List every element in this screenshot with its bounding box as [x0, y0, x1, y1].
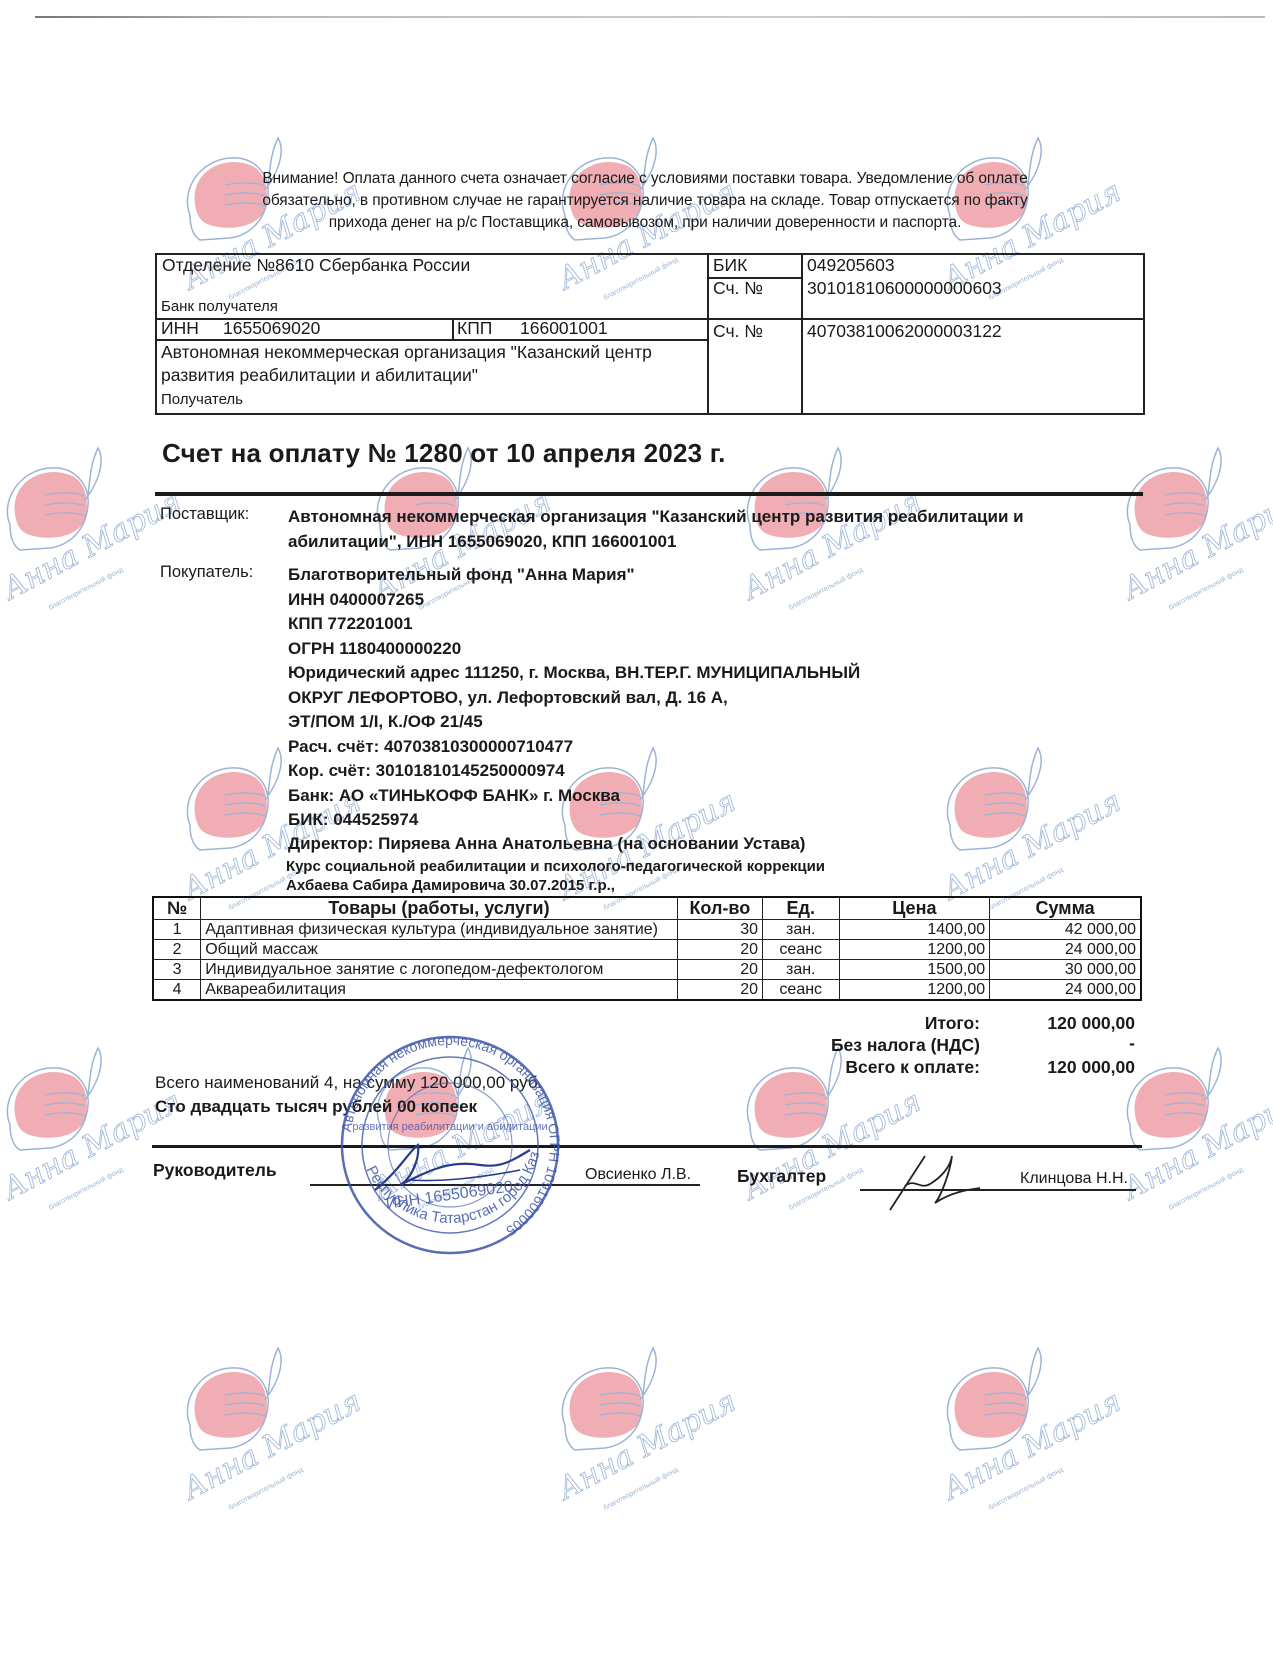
- total-label: Итого:: [720, 1013, 980, 1034]
- table-cell: 20: [677, 980, 762, 1001]
- anna-maria-logo-icon: Анна Марияблаготворительный фонд: [0, 1040, 180, 1230]
- accountant-label: Бухгалтер: [737, 1166, 826, 1187]
- recipient-name: Автономная некоммерческая организация "К…: [161, 341, 652, 387]
- table-cell: 24 000,00: [990, 980, 1141, 1001]
- table-cell: 1200,00: [839, 940, 990, 960]
- due-value: 120 000,00: [965, 1057, 1135, 1078]
- svg-text:благотворительный фонд: благотворительный фонд: [47, 1166, 124, 1212]
- svg-text:Анна Мария: Анна Мария: [176, 1384, 360, 1508]
- payment-notice: Внимание! Оплата данного счета означает …: [200, 168, 1090, 234]
- buyer-detail-line: Благотворительный фонд "Анна Мария": [288, 563, 860, 588]
- supplier-details: Автономная некоммерческая организация "К…: [288, 505, 1024, 554]
- buyer-detail-line: Расч. счёт: 40703810300000710477: [288, 735, 860, 760]
- table-cell: 1400,00: [839, 920, 990, 940]
- svg-text:благотворительный фонд: благотворительный фонд: [47, 566, 124, 612]
- table-cell: сеанс: [762, 940, 839, 960]
- column-header: Товары (работы, услуги): [201, 897, 678, 920]
- table-cell: зан.: [762, 920, 839, 940]
- table-row: 3Индивидуальное занятие с логопедом-дефе…: [153, 960, 1141, 980]
- bank-details-table: Отделение №8610 Сбербанка России Банк по…: [155, 253, 1145, 415]
- head-name: Овсиенко Л.В.: [585, 1166, 691, 1184]
- buyer-detail-line: ОКРУГ ЛЕФОРТОВО, ул. Лефортовский вал, Д…: [288, 686, 860, 711]
- buyer-detail-line: БИК: 044525974: [288, 808, 860, 833]
- table-cell: Адаптивная физическая культура (индивиду…: [201, 920, 678, 940]
- table-cell: 1200,00: [839, 980, 990, 1001]
- svg-text:благотворительный фонд: благотворительный фонд: [1167, 566, 1244, 612]
- table-cell: 30: [677, 920, 762, 940]
- svg-text:Автономная некоммерческая орга: Автономная некоммерческая организация ОГ…: [338, 1032, 563, 1239]
- scan-top-edge: [35, 16, 1265, 18]
- table-cell: 42 000,00: [990, 920, 1141, 940]
- notice-line: обязательно, в противном случае не гаран…: [200, 190, 1090, 212]
- table-cell: 4: [153, 980, 201, 1001]
- recipient-label: Получатель: [161, 391, 243, 408]
- table-cell: сеанс: [762, 980, 839, 1001]
- amount-in-words: Сто двадцать тысяч рублей 00 копеек: [155, 1097, 477, 1117]
- buyer-detail-line: ИНН 0400007265: [288, 588, 860, 613]
- column-header: Кол-во: [677, 897, 762, 920]
- notice-line: Внимание! Оплата данного счета означает …: [200, 168, 1090, 190]
- svg-text:Анна Мария: Анна Мария: [936, 1384, 1120, 1508]
- buyer-detail-line: Банк: АО «ТИНЬКОФФ БАНК» г. Москва: [288, 784, 860, 809]
- svg-text:благотворительный фонд: благотворительный фонд: [602, 1466, 679, 1512]
- items-table: №Товары (работы, услуги)Кол-воЕд.ЦенаСум…: [152, 896, 1142, 1001]
- svg-text:Анна Мария: Анна Мария: [936, 784, 1120, 908]
- tax-value: -: [965, 1033, 1135, 1054]
- table-cell: Общий массаж: [201, 940, 678, 960]
- svg-text:благотворительный фонд: благотворительный фонд: [1167, 1166, 1244, 1212]
- head-label: Руководитель: [153, 1160, 277, 1181]
- account-label: Сч. №: [713, 321, 763, 342]
- column-header: №: [153, 897, 201, 920]
- inn-value: 1655069020: [223, 318, 320, 339]
- column-header: Ед.: [762, 897, 839, 920]
- invoice-title: Счет на оплату № 1280 от 10 апреля 2023 …: [162, 438, 726, 469]
- due-label: Всего к оплате:: [720, 1057, 980, 1078]
- column-header: Цена: [839, 897, 990, 920]
- total-value: 120 000,00: [965, 1013, 1135, 1034]
- inn-label: ИНН: [161, 318, 199, 339]
- table-cell: Аквареабилитация: [201, 980, 678, 1001]
- corr-account-value: 30101810600000000603: [807, 278, 1002, 299]
- column-header: Сумма: [990, 897, 1141, 920]
- buyer-label: Покупатель:: [160, 563, 253, 582]
- table-cell: 30 000,00: [990, 960, 1141, 980]
- accountant-signature: [880, 1148, 1000, 1218]
- table-row: 1Адаптивная физическая культура (индивид…: [153, 920, 1141, 940]
- table-cell: зан.: [762, 960, 839, 980]
- bank-name: Отделение №8610 Сбербанка России: [162, 255, 470, 276]
- svg-text:благотворительный фонд: благотворительный фонд: [227, 1466, 304, 1512]
- items-summary: Всего наименований 4, на сумму 120 000,0…: [155, 1073, 542, 1093]
- supplier-label: Поставщик:: [160, 505, 249, 524]
- table-row: 4Аквареабилитация20сеанс1200,0024 000,00: [153, 980, 1141, 1001]
- head-signature: [370, 1140, 550, 1200]
- notice-line: прихода денег на р/с Поставщика, самовыв…: [200, 212, 1090, 234]
- anna-maria-logo-icon: Анна Марияблаготворительный фонд: [0, 440, 180, 630]
- bank-label: Банк получателя: [161, 298, 278, 315]
- svg-text:Анна Мария: Анна Мария: [1116, 484, 1273, 608]
- svg-text:Анна Мария: Анна Мария: [551, 1384, 735, 1508]
- account-value: 40703810062000003122: [807, 321, 1002, 342]
- anna-maria-logo-icon: Анна Марияблаготворительный фонд: [1110, 440, 1273, 630]
- buyer-detail-line: КПП 772201001: [288, 612, 860, 637]
- buyer-details: Благотворительный фонд "Анна Мария"ИНН 0…: [288, 563, 860, 856]
- table-cell: 2: [153, 940, 201, 960]
- table-cell: 3: [153, 960, 201, 980]
- svg-text:Анна Мария: Анна Мария: [0, 484, 180, 608]
- buyer-detail-line: ЭТ/ПОМ 1/I, К./ОФ 21/45: [288, 710, 860, 735]
- kpp-value: 166001001: [520, 318, 608, 339]
- table-row: 2Общий массаж20сеанс1200,0024 000,00: [153, 940, 1141, 960]
- table-cell: 20: [677, 940, 762, 960]
- divider: [155, 492, 1143, 496]
- svg-text:благотворительный фонд: благотворительный фонд: [987, 1466, 1064, 1512]
- service-note: Курс социальной реабилитации и психолого…: [286, 857, 825, 895]
- anna-maria-logo-icon: Анна Марияблаготворительный фонд: [545, 1340, 735, 1530]
- buyer-detail-line: Директор: Пиряева Анна Анатольевна (на о…: [288, 832, 860, 857]
- anna-maria-logo-icon: Анна Марияблаготворительный фонд: [930, 1340, 1120, 1530]
- buyer-detail-line: Юридический адрес 111250, г. Москва, ВН.…: [288, 661, 860, 686]
- buyer-detail-line: Кор. счёт: 30101810145250000974: [288, 759, 860, 784]
- bik-label: БИК: [713, 255, 747, 276]
- corr-account-label: Сч. №: [713, 278, 763, 299]
- table-cell: Индивидуальное занятие с логопедом-дефек…: [201, 960, 678, 980]
- table-cell: 1: [153, 920, 201, 940]
- table-cell: 1500,00: [839, 960, 990, 980]
- svg-text:развития реабилитации и абилит: развития реабилитации и абилитации: [352, 1121, 547, 1133]
- bik-value: 049205603: [807, 255, 895, 276]
- tax-label: Без налога (НДС): [720, 1035, 980, 1056]
- kpp-label: КПП: [457, 318, 492, 339]
- buyer-detail-line: ОГРН 1180400000220: [288, 637, 860, 662]
- anna-maria-logo-icon: Анна Марияблаготворительный фонд: [170, 1340, 360, 1530]
- accountant-name: Клинцова Н.Н.: [1020, 1170, 1128, 1188]
- table-cell: 20: [677, 960, 762, 980]
- table-cell: 24 000,00: [990, 940, 1141, 960]
- anna-maria-logo-icon: Анна Марияблаготворительный фонд: [360, 1040, 550, 1230]
